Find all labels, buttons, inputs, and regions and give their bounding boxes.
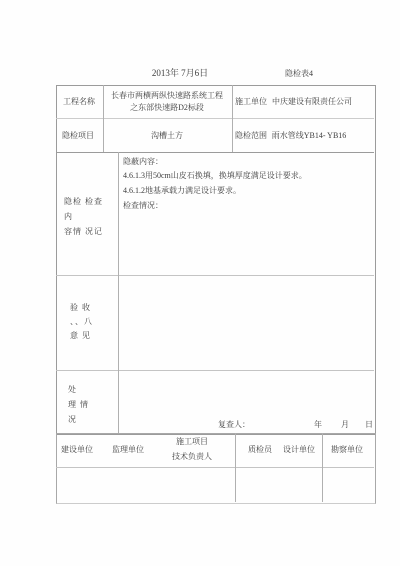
signature-col-supervision: 监理单位 xyxy=(112,445,144,455)
record-label-line1: 隐检 检查 xyxy=(64,194,103,209)
handling-section-label: 处 理 情 况 xyxy=(68,382,89,427)
project-name-value: 长春市两横两纵快速路系统工程 之东部快速路D2标段 xyxy=(111,90,223,114)
project-name-label: 工程名称 xyxy=(63,97,95,107)
col-divider-section-label xyxy=(118,152,119,433)
hidden-content-item-2: 4.6.1.2地基承载力满足设计要求。 xyxy=(123,186,241,196)
contractor-value: 中庆建设有限责任公司 xyxy=(272,97,352,107)
col-divider-label1 xyxy=(103,85,104,152)
form-number-label: 隐检表4 xyxy=(285,69,313,79)
signature-col-construction-line2: 技术负责人 xyxy=(172,452,212,462)
signature-table xyxy=(56,433,376,504)
section-divider-acceptance-handling xyxy=(56,370,374,371)
project-name-line2: 之东部快速路D2标段 xyxy=(111,102,223,114)
handling-label-line2: 理 情 xyxy=(68,397,89,412)
handling-label-line1: 处 xyxy=(68,382,89,397)
reviewer-day-label: 日 xyxy=(365,420,373,430)
signature-col-build: 建设单位 xyxy=(61,445,93,455)
acceptance-section-label: 验 收 、、八 意 见 xyxy=(70,301,93,343)
inspection-item-label: 隐检项目 xyxy=(62,131,94,141)
row-divider-2 xyxy=(56,152,374,153)
record-section-label: 隐检 检查 内 容情 况记 xyxy=(64,194,103,239)
inspection-item-value: 沟槽土方 xyxy=(151,131,183,141)
signature-row-divider xyxy=(56,467,374,468)
signature-col-divider-2 xyxy=(322,433,323,502)
form-date: 2013年 7月6日 xyxy=(152,68,208,78)
col-divider-value1 xyxy=(232,85,233,152)
signature-col-qc: 质检员 xyxy=(248,445,272,455)
signature-col-divider-1 xyxy=(235,433,236,502)
reviewer-month-label: 月 xyxy=(341,420,349,430)
contractor-label: 施工单位 xyxy=(235,97,267,107)
signature-col-construction-line1: 施工项目 xyxy=(176,437,208,447)
signature-col-design: 设计单位 xyxy=(283,445,315,455)
acceptance-label-line3: 意 见 xyxy=(70,329,93,343)
inspection-scope-label: 隐检范围 xyxy=(235,131,267,141)
scanned-form-page: 2013年 7月6日 隐检表4 工程名称 长春市两横两纵快速路系统工程 之东部快… xyxy=(0,0,400,566)
acceptance-label-line2: 、、八 xyxy=(70,315,93,329)
section-divider-record-acceptance xyxy=(56,275,374,276)
project-name-line1: 长春市两横两纵快速路系统工程 xyxy=(111,90,223,102)
signature-col-survey: 勘察单位 xyxy=(331,445,363,455)
record-label-line2: 内 xyxy=(64,209,103,224)
inspection-scope-value: 雨水管线YB14- YB16 xyxy=(272,131,347,141)
reviewer-label: 复查人： xyxy=(218,420,250,430)
check-status-title: 检查情况： xyxy=(123,201,163,211)
hidden-content-title: 隐蔽内容： xyxy=(123,157,163,167)
reviewer-year-label: 年 xyxy=(314,420,322,430)
hidden-content-item-1: 4.6.1.3用50cm山皮石换填，换填厚度满足设计要求。 xyxy=(123,171,307,181)
record-label-line3: 容情 况记 xyxy=(64,224,103,239)
acceptance-label-line1: 验 收 xyxy=(70,301,93,315)
handling-label-line3: 况 xyxy=(68,412,89,427)
